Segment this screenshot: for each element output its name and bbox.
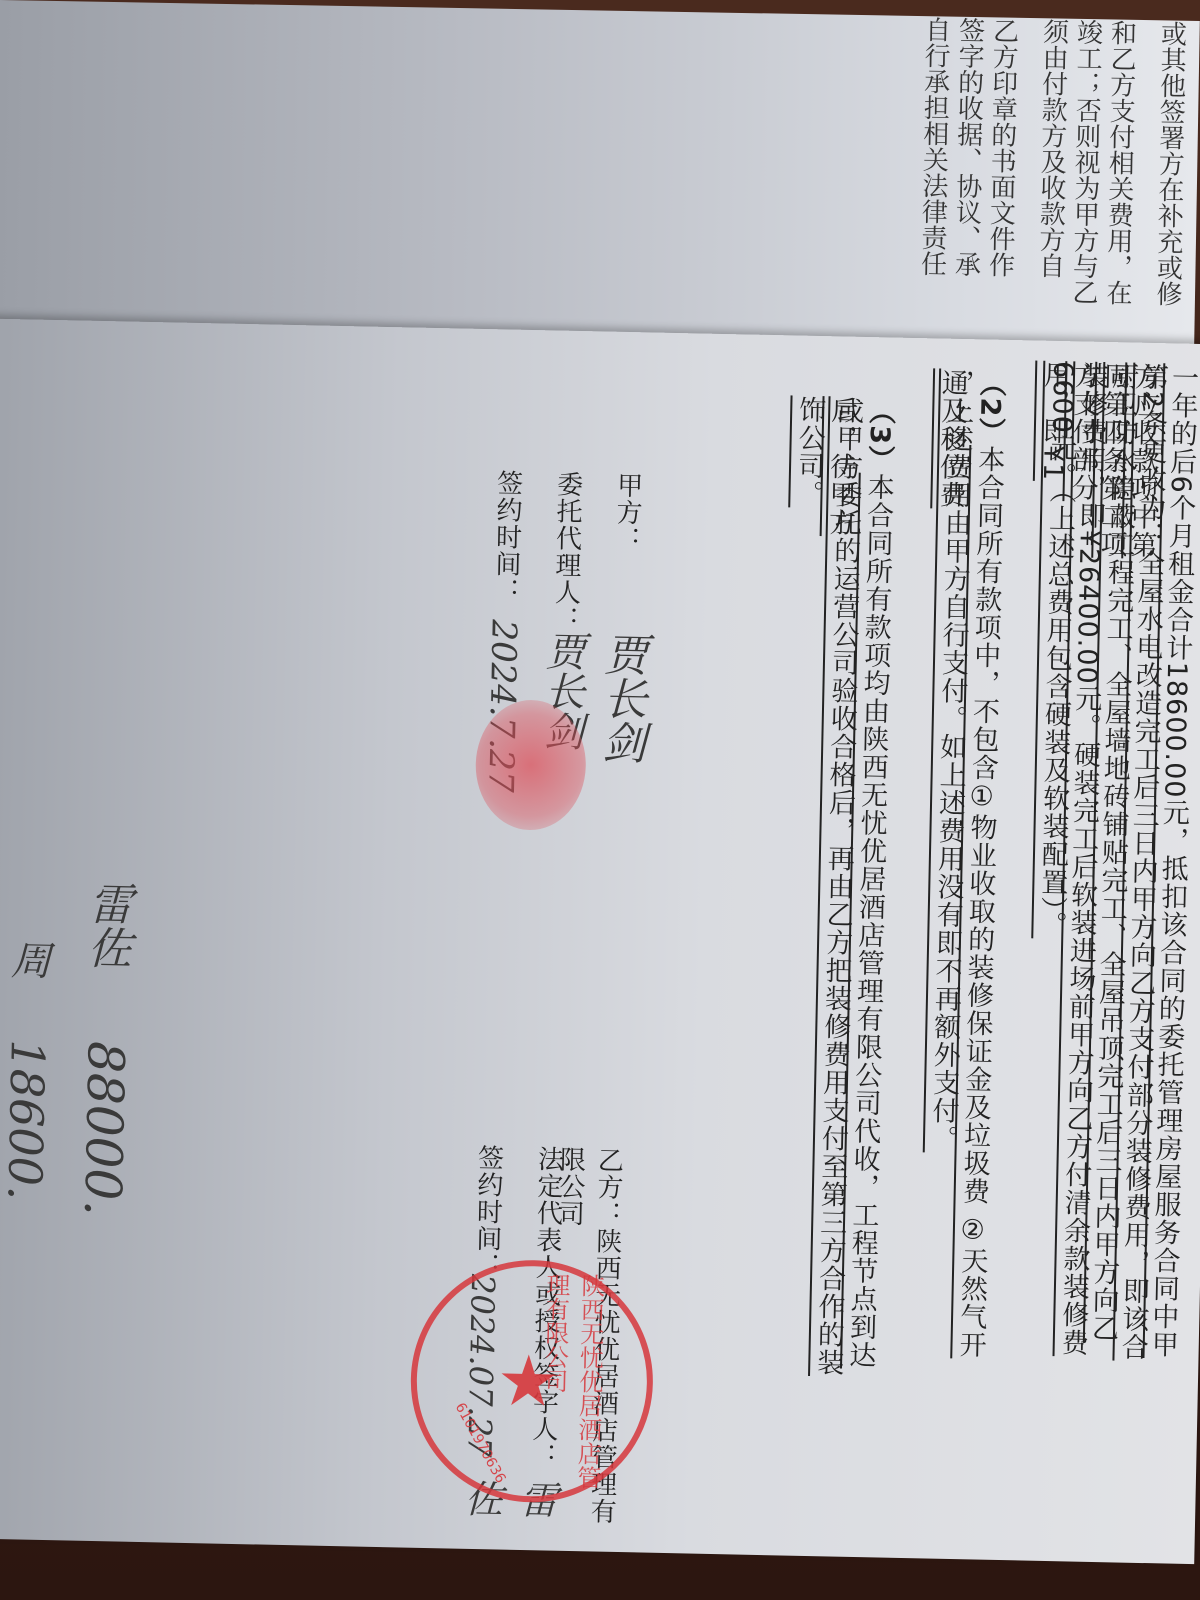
party-a-date-label: 签约时间：: [486, 469, 527, 605]
fragment-line: 或其他签署方在补充或修: [1147, 20, 1192, 307]
handwritten-note-amount-2: 18600.: [0, 1039, 55, 1201]
contract-page: 一年的后6个月租金合计18600.00元，抵扣该合同的委托管理房屋服务合同中甲方…: [0, 318, 1200, 1564]
seal-star-icon: ★: [496, 1345, 560, 1416]
handwritten-note-name-2: 周: [0, 939, 57, 980]
handwritten-note-name-1: 雷佐: [72, 881, 138, 970]
clause-3-number: （3）: [863, 397, 896, 473]
party-b-date-label: 签约时间：: [467, 1144, 508, 1280]
party-a-signature: 贾长剑: [587, 631, 654, 764]
previous-page-fragment: 或其他签署方在补充或修 和乙方支付相关费用，在 竣工；否则视为甲方与乙 须由付款…: [0, 0, 1200, 361]
party-a-agent-label: 委托代理人：: [546, 470, 587, 633]
fragment-line: 自行承担相关法律责任: [911, 16, 956, 277]
thumbprint: [474, 699, 587, 831]
clause-2-number: （2）: [974, 369, 1007, 445]
handwritten-note-amount-1: 88000.: [73, 1041, 135, 1217]
party-b-label: 乙方：: [592, 1146, 624, 1228]
fragment-line: 须由付款方及收款方自: [1029, 18, 1074, 279]
party-a-label: 甲方：: [607, 472, 647, 554]
